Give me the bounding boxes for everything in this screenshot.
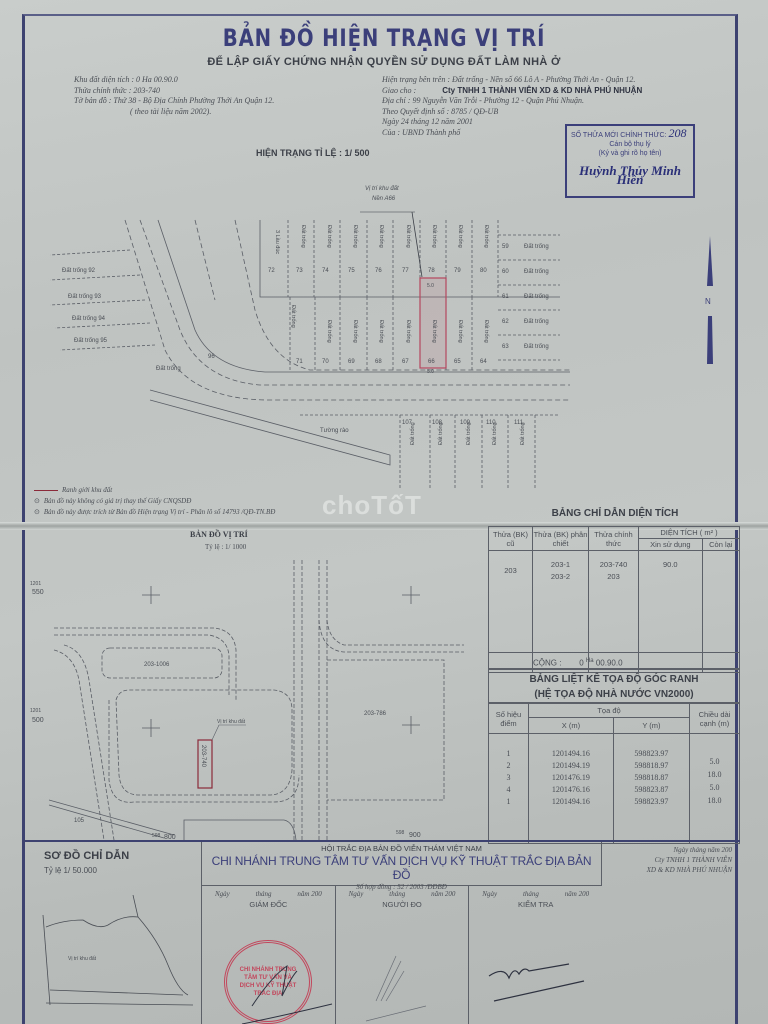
point-id: 3: [489, 772, 528, 784]
point-id: 2: [489, 760, 528, 772]
document-sheet: BẢN ĐỒ HIỆN TRẠNG VỊ TRÍ ĐỂ LẬP GIẤY CHỨ…: [0, 0, 768, 1024]
coord-title-line2: (HỆ TỌA ĐỘ NHÀ NƯỚC VN2000): [489, 687, 739, 702]
assigned-company: Cty TNHH 1 THÀNH VIÊN XD & KD NHÀ PHÚ NH…: [442, 86, 642, 95]
sig-year: năm 200: [565, 890, 589, 898]
cell-points: 1 2 3 4 1: [489, 734, 529, 844]
svg-text:80: 80: [480, 268, 487, 274]
svg-text:Đất trống: Đất trống: [431, 225, 437, 248]
sig-month: tháng: [256, 890, 272, 898]
stamp-label: SỐ THỬA MỚI CHÍNH THỨC:: [571, 132, 666, 139]
bullet-icon: ⊙: [34, 496, 40, 507]
inspector-signature-icon: [469, 936, 602, 1024]
svg-text:Đất trống: Đất trống: [483, 320, 489, 343]
split-value: 203-1: [533, 559, 588, 571]
x-value: 1201494.19: [529, 760, 613, 772]
svg-text:Đất trống: Đất trống: [524, 344, 549, 350]
col-old-parcel: Thửa (BK) cũ: [489, 527, 533, 551]
svg-text:65: 65: [454, 359, 461, 365]
source-note: ( theo tài liệu năm 2002).: [74, 107, 274, 118]
coord-table: Số hiệu điểm Tọa độ Chiều dài cạnh (m) X…: [488, 703, 740, 844]
svg-text:598: 598: [152, 833, 161, 839]
length-value: 18.0: [690, 768, 739, 781]
org-line-1: HỘI TRẮC ĐỊA BẢN ĐỒ VIỄN THÁM VIỆT NAM: [202, 844, 601, 853]
svg-text:598: 598: [396, 830, 405, 836]
col-area-group: DIỆN TÍCH ( m² ): [639, 527, 740, 539]
sig-role: KIỂM TRA: [469, 900, 602, 909]
svg-text:Đất trống: Đất trống: [326, 320, 332, 343]
svg-text:3 Lầu đúc: 3 Lầu đúc: [274, 230, 280, 254]
col-x: X (m): [529, 718, 614, 734]
y-value: 598818.97: [614, 760, 689, 772]
area-table-title: BẢNG CHỈ DẪN DIỆN TÍCH: [490, 508, 740, 519]
sig-day: Ngày: [349, 890, 364, 898]
svg-text:74: 74: [322, 268, 329, 274]
sig-year: năm 200: [297, 890, 321, 898]
svg-text:105: 105: [74, 818, 85, 824]
svg-text:1201: 1201: [30, 581, 41, 587]
svg-text:Đất trống: Đất trống: [466, 422, 472, 445]
col-official-parcel: Thửa chính thức: [589, 527, 639, 551]
length-value: 18.0: [690, 794, 739, 807]
svg-text:Đất trống: Đất trống: [524, 269, 549, 275]
svg-text:72: 72: [268, 268, 275, 274]
total-unit: Ha: [586, 658, 594, 664]
location-map-title: BẢN ĐỒ VỊ TRÍ: [190, 530, 248, 539]
svg-text:Tường rào: Tường rào: [320, 428, 349, 434]
north-arrow-icon: N: [703, 236, 717, 366]
svg-text:Đất trống: Đất trống: [457, 225, 463, 248]
y-value: 598823.97: [614, 796, 689, 808]
svg-text:66: 66: [428, 359, 435, 365]
sig-role: GIÁM ĐỐC: [202, 900, 335, 909]
svg-text:500: 500: [32, 717, 44, 724]
map-legend: Ranh giới khu đất ⊙Bản đồ này không có g…: [34, 485, 275, 518]
total-label: CỘNG :: [533, 659, 561, 668]
current-state-map: Vị trí khu đất Nền A66 72737475767778798…: [30, 180, 710, 500]
svg-text:62: 62: [502, 319, 509, 325]
point-id: 4: [489, 784, 528, 796]
sig-day: Ngày: [482, 890, 497, 898]
table-row: 1 2 3 4 1 1201494.16 1201494.19 1201476.…: [489, 734, 740, 844]
svg-text:5.0: 5.0: [427, 369, 434, 375]
point-id: 1: [489, 796, 528, 808]
svg-text:203-740: 203-740: [200, 745, 206, 768]
svg-text:70: 70: [322, 359, 329, 365]
svg-text:68: 68: [375, 359, 382, 365]
parcel-line: Thửa chính thức : 203-740: [74, 86, 274, 97]
svg-text:Đất trống: Đất trống: [457, 320, 463, 343]
legend-note-2: Bản đồ này được trích từ Bản đồ Hiện trạ…: [44, 507, 275, 518]
col-remaining: Còn lại: [702, 539, 739, 551]
sig-day: Ngày: [215, 890, 230, 898]
col-coord-group: Tọa độ: [529, 704, 690, 718]
officer-label: Cán bộ thụ lý: [571, 140, 689, 149]
svg-text:79: 79: [454, 268, 461, 274]
document-title: BẢN ĐỒ HIỆN TRẠNG VỊ TRÍ: [69, 24, 699, 52]
guide-map-title: SƠ ĐỒ CHỈ DẪN: [44, 850, 129, 862]
y-value: 598818.87: [614, 772, 689, 784]
svg-text:Đất trống: Đất trống: [378, 320, 384, 343]
svg-text:Vị trí khu đất: Vị trí khu đất: [217, 719, 246, 725]
svg-text:Vị trí khu đất: Vị trí khu đất: [365, 185, 399, 192]
svg-text:Đất trống: Đất trống: [520, 422, 526, 445]
legend-boundary: Ranh giới khu đất: [62, 485, 112, 496]
svg-text:1201: 1201: [30, 708, 41, 714]
svg-text:203-786: 203-786: [364, 711, 387, 717]
svg-text:Đất trống: Đất trống: [410, 422, 416, 445]
y-value: 598823.97: [614, 748, 689, 760]
svg-text:Đất trống: Đất trống: [156, 366, 181, 372]
parcel-info: Khu đất diện tích : 0 Ha 00.90.0 Thửa ch…: [74, 75, 274, 117]
svg-text:Đất trống: Đất trống: [438, 422, 444, 445]
signature-director: Ngàythángnăm 200 GIÁM ĐỐC CHI NHÁNH TRUN…: [202, 886, 336, 1024]
bullet-icon: ⊙: [34, 507, 40, 518]
officer-note: (Ký và ghi rõ họ tên): [571, 149, 689, 158]
x-value: 1201494.16: [529, 796, 613, 808]
x-value: 1201494.16: [529, 748, 613, 760]
svg-text:550: 550: [32, 589, 44, 596]
svg-text:Đất trống 92: Đất trống 92: [62, 268, 96, 274]
svg-text:Đất trống: Đất trống: [300, 225, 306, 248]
map-sheet-line: Tờ bản đồ : Thứ 38 - Bộ Địa Chính Phường…: [74, 96, 274, 107]
cell-lengths: 5.0 18.0 5.0 18.0: [690, 734, 740, 844]
current-state-line: Hiện trạng bên trên : Đất trống - Nền số…: [382, 75, 642, 86]
area-table: Thửa (BK) cũ Thửa (BK) phân chiết Thửa c…: [488, 526, 740, 673]
total-rest: 00.90.0: [596, 659, 623, 668]
official-value: 203: [589, 571, 638, 583]
svg-text:75: 75: [348, 268, 355, 274]
sig-role: NGƯỜI ĐO: [336, 900, 469, 909]
svg-text:Đất trống: Đất trống: [524, 244, 549, 250]
survey-organization: HỘI TRẮC ĐỊA BẢN ĐỒ VIỄN THÁM VIỆT NAM C…: [202, 842, 602, 886]
signature-row: Ngàythángnăm 200 GIÁM ĐỐC CHI NHÁNH TRUN…: [202, 886, 602, 1024]
point-id: 1: [489, 748, 528, 760]
svg-text:900: 900: [409, 832, 421, 839]
client-block: Ngày tháng năm 200 Cty TNHH 1 THÀNH VIÊN…: [602, 842, 740, 886]
col-requested: Xin sử dụng: [639, 539, 703, 551]
split-value: 203-2: [533, 571, 588, 583]
svg-text:Đất trống: Đất trống: [483, 225, 489, 248]
svg-text:71: 71: [296, 359, 303, 365]
handwritten-number: 208: [668, 126, 686, 140]
signature-inspector: Ngàythángnăm 200 KIỂM TRA: [469, 886, 602, 1024]
surveyor-signature-icon: [336, 936, 469, 1024]
svg-text:Đất trống: Đất trống: [378, 225, 384, 248]
area-line: Khu đất diện tích : 0 Ha 00.90.0: [74, 75, 274, 86]
svg-text:76: 76: [375, 268, 382, 274]
location-map: 203-1006 203-786 Vị trí khu đất 203-740 …: [24, 540, 486, 840]
length-value: 5.0: [690, 743, 739, 768]
decision-line: Theo Quyết định số : 8785 / QĐ-UB: [382, 107, 642, 118]
document-subtitle: ĐỂ LẬP GIẤY CHỨNG NHẬN QUYỀN SỬ DỤNG ĐẤT…: [0, 56, 768, 68]
svg-text:Đất trống: Đất trống: [290, 305, 296, 328]
svg-text:63: 63: [502, 344, 509, 350]
coord-title-line1: BẢNG LIỆT KÊ TỌA ĐỘ GÓC RANH: [489, 672, 739, 687]
org-line-2: CHI NHÁNH TRUNG TÂM TƯ VẤN DỊCH VỤ KỸ TH…: [202, 854, 601, 882]
signature-surveyor: Ngàythángnăm 200 NGƯỜI ĐO: [336, 886, 470, 1024]
svg-text:Nền A66: Nền A66: [372, 196, 396, 202]
guide-map-scale: Tỷ lệ 1/ 50.000: [44, 866, 97, 875]
sig-month: tháng: [523, 890, 539, 898]
official-value: 203-740: [589, 559, 638, 571]
svg-text:96: 96: [208, 354, 215, 360]
svg-text:Đất trống 95: Đất trống 95: [74, 338, 108, 344]
col-length: Chiều dài cạnh (m): [690, 704, 740, 734]
guide-map: Vị trí khu đất: [38, 895, 198, 1010]
client-line-1: Cty TNHH 1 THÀNH VIÊN: [602, 855, 732, 865]
watermark-logo: choTốT: [322, 490, 422, 521]
legend-note-1: Bản đồ này không có giá trị thay thế Giấ…: [44, 496, 191, 507]
svg-text:Đất trống: Đất trống: [405, 225, 411, 248]
guide-location-label: Vị trí khu đất: [68, 956, 97, 962]
sig-year: năm 200: [431, 890, 455, 898]
svg-text:N: N: [705, 297, 711, 306]
sig-month: tháng: [389, 890, 405, 898]
svg-text:69: 69: [348, 359, 355, 365]
svg-text:203-1006: 203-1006: [144, 662, 170, 668]
svg-text:77: 77: [402, 268, 409, 274]
cell-x-values: 1201494.16 1201494.19 1201476.19 1201476…: [529, 734, 614, 844]
svg-text:Đất trống: Đất trống: [352, 225, 358, 248]
svg-text:Đất trống: Đất trống: [405, 320, 411, 343]
svg-text:Đất trống: Đất trống: [431, 320, 437, 343]
svg-text:67: 67: [402, 359, 409, 365]
y-value: 598823.87: [614, 784, 689, 796]
area-total: CỘNG : 0 Ha 00.90.0: [488, 652, 740, 669]
director-signature-icon: [202, 936, 335, 1024]
total-value: 0: [579, 659, 583, 668]
svg-text:64: 64: [480, 359, 487, 365]
boundary-line-sample: [34, 490, 58, 491]
col-y: Y (m): [613, 718, 689, 734]
client-line-2: XD & KD NHÀ PHÚ NHUẬN: [602, 865, 732, 875]
svg-text:73: 73: [296, 268, 303, 274]
svg-text:Đất trống: Đất trống: [326, 225, 332, 248]
cell-y-values: 598823.97 598818.97 598818.87 598823.87 …: [613, 734, 689, 844]
x-value: 1201476.16: [529, 784, 613, 796]
assigned-label: Giao cho :: [382, 86, 416, 95]
col-point: Số hiệu điểm: [489, 704, 529, 734]
x-value: 1201476.19: [529, 772, 613, 784]
address-line: Địa chỉ : 99 Nguyễn Văn Trỗi - Phường 12…: [382, 96, 642, 107]
svg-text:Đất trống: Đất trống: [352, 320, 358, 343]
svg-text:59: 59: [502, 244, 509, 250]
svg-text:Đất trống: Đất trống: [524, 294, 549, 300]
svg-text:60: 60: [502, 269, 509, 275]
length-value: 5.0: [690, 781, 739, 794]
svg-text:5.0: 5.0: [427, 283, 434, 289]
svg-text:Đất trống: Đất trống: [524, 319, 549, 325]
client-date: Ngày tháng năm 200: [602, 845, 732, 855]
svg-text:Đất trống: Đất trống: [492, 422, 498, 445]
svg-text:Đất trống 94: Đất trống 94: [72, 316, 106, 322]
svg-text:61: 61: [502, 294, 509, 300]
svg-text:78: 78: [428, 268, 435, 274]
svg-text:Đất trống 93: Đất trống 93: [68, 294, 102, 300]
col-split-parcel: Thửa (BK) phân chiết: [533, 527, 589, 551]
coord-table-title: BẢNG LIỆT KÊ TỌA ĐỘ GÓC RANH (HỆ TỌA ĐỘ …: [488, 669, 740, 703]
current-map-scale: HIỆN TRẠNG TỈ LỆ : 1/ 500: [256, 148, 370, 158]
